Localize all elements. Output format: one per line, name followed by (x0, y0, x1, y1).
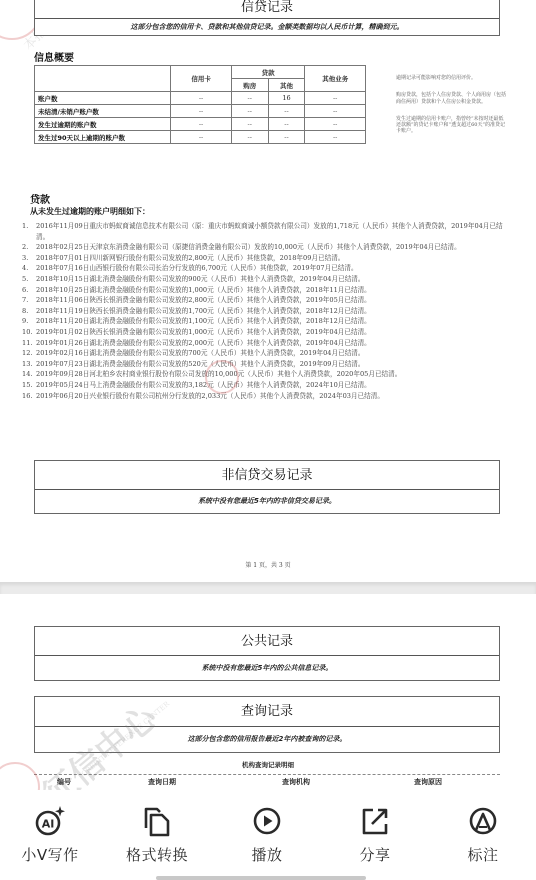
col-credit-card: 信用卡 (171, 66, 232, 92)
list-item: 4.2018年07月16日山西银行股份有限公司长治分行发放的6,700元（人民币… (22, 263, 512, 274)
bottom-toolbar: AI 小V写作 格式转换 播放 分享 标注 (0, 790, 536, 880)
table-row: 账户数 -- -- 16 -- (35, 92, 366, 105)
format-convert-icon (140, 804, 174, 838)
col-loan: 贷款 (231, 66, 305, 79)
list-item: 6.2018年10月25日湖北消费金融股份有限公司发放的1,000元（人民币）其… (22, 285, 512, 296)
share-button[interactable]: 分享 (330, 804, 420, 865)
table-row: 未结清/未销户账户数 -- -- -- -- (35, 105, 366, 118)
list-item: 7.2018年11月06日陕西长银消费金融有限公司发放的2,800元（人民币）其… (22, 295, 512, 306)
col-query-date: 查询日期 (148, 777, 176, 787)
list-item: 15.2019年05月24日马上消费金融股份有限公司发放的3,182元（人民币）… (22, 380, 512, 391)
col-other-business: 其他业务 (305, 66, 366, 92)
credit-records-box: 信贷记录 这部分包含您的信用卡、贷款和其他信贷记录。金额类数据均以人民币计算，精… (34, 0, 500, 36)
public-records-subtitle: 系统中没有您最近5年内的公共信息记录。 (35, 656, 499, 680)
col-query-reason: 查询原因 (414, 777, 442, 787)
col-other: 其他 (268, 79, 305, 92)
annotate-icon (466, 804, 500, 838)
summary-notes: 逾期记录可能影响对您的信用评价。 购房贷款，包括个人住房贷款、个人商用房（包括商… (396, 75, 508, 146)
ai-write-button[interactable]: AI 小V写作 (5, 804, 95, 865)
ai-write-label: 小V写作 (5, 844, 95, 865)
list-item: 8.2018年11月19日陕西长银消费金融有限公司发放的1,700元（人民币）其… (22, 306, 512, 317)
list-item: 13.2019年07月23日湖北消费金融股份有限公司发放的520元（人民币）其他… (22, 359, 512, 370)
note-credit-card: 发生过逾期的信用卡账户，指曾经“未按时还最低还款额”的贷记卡账户和“透支超过60… (396, 116, 508, 135)
summary-table: 信用卡 贷款 其他业务 购房 其他 账户数 -- -- 16 -- 未结清/未销… (34, 65, 366, 144)
list-item: 12.2019年02月16日湖北消费金融股份有限公司发放的700元（人民币）其他… (22, 348, 512, 359)
share-label: 分享 (330, 844, 420, 865)
col-query-org: 查询机构 (282, 777, 310, 787)
share-icon (358, 804, 392, 838)
svg-text:AI: AI (42, 818, 55, 831)
list-item: 14.2019年09月28日河北柏乡农村商业银行股份有限公司发放的10,000元… (22, 369, 512, 380)
page-separator (0, 582, 536, 594)
play-button[interactable]: 播放 (222, 804, 312, 865)
query-detail-title: 机构查询记录明细 (0, 760, 536, 769)
query-records-title: 查询记录 (35, 697, 499, 727)
play-label: 播放 (222, 844, 312, 865)
note-overdue: 逾期记录可能影响对您的信用评价。 (396, 75, 508, 81)
list-item: 16.2019年06月20日兴业银行股份有限公司杭州分行发放的2,033元（人民… (22, 391, 512, 402)
list-item: 2.2018年02月25日天津京东消费金融有限公司（原捷信消费金融有限公司）发放… (22, 242, 512, 253)
credit-records-subtitle: 这部分包含您的信用卡、贷款和其他信贷记录。金额类数据均以人民币计算，精确到元。 (35, 19, 499, 35)
ai-write-icon: AI (33, 804, 67, 838)
format-convert-label: 格式转换 (112, 844, 202, 865)
list-item: 11.2019年01月26日湖北消费金融股份有限公司发放的2,000元（人民币）… (22, 338, 512, 349)
list-item: 5.2018年10月15日湖北消费金融股份有限公司发放的900元（人民币）其他个… (22, 274, 512, 285)
non-credit-title: 非信贷交易记录 (35, 461, 499, 490)
play-icon (250, 804, 284, 838)
annotate-label: 标注 (438, 844, 528, 865)
loan-list: 1.2016年11月09日重庆市蚂蚁商诚信息技术有限公司（原：重庆市蚂蚁商诚小额… (22, 221, 512, 401)
corner-cell (35, 66, 171, 92)
col-number: 编号 (57, 777, 71, 787)
query-records-subtitle: 这部分包含您的信用报告最近2年内被查询的记录。 (35, 727, 499, 752)
list-item: 3.2018年07月01日四川新网银行股份有限公司发放的2,800元（人民币）其… (22, 253, 512, 264)
list-item: 1.2016年11月09日重庆市蚂蚁商诚信息技术有限公司（原：重庆市蚂蚁商诚小额… (22, 221, 512, 242)
loans-subheading: 从未发生过逾期的账户明细如下： (30, 206, 150, 217)
note-housing: 购房贷款，包括个人住房贷款、个人商用房（包括商住两用）贷款和个人住房公积金贷款。 (396, 92, 508, 105)
format-convert-button[interactable]: 格式转换 (112, 804, 202, 865)
table-row: 发生过90天以上逾期的账户数 -- -- -- -- (35, 131, 366, 144)
non-credit-box: 非信贷交易记录 系统中没有您最近5年内的非信贷交易记录。 (34, 460, 500, 514)
list-item: 10.2019年01月02日陕西长银消费金融有限公司发放的1,000元（人民币）… (22, 327, 512, 338)
dashed-divider (34, 774, 500, 775)
non-credit-subtitle: 系统中没有您最近5年内的非信贷交易记录。 (35, 490, 499, 513)
page-number: 第 1 页，共 3 页 (0, 560, 536, 569)
home-indicator[interactable] (156, 876, 366, 880)
report-page-2: 公共记录 系统中没有您最近5年内的公共信息记录。 查询记录 这部分包含您的信用报… (0, 594, 536, 790)
table-row: 发生过逾期的账户数 -- -- -- -- (35, 118, 366, 131)
public-records-box: 公共记录 系统中没有您最近5年内的公共信息记录。 (34, 626, 500, 681)
public-records-title: 公共记录 (35, 627, 499, 656)
col-housing: 购房 (231, 79, 268, 92)
loans-heading: 贷款 (30, 191, 50, 206)
query-records-box: 查询记录 这部分包含您的信用报告最近2年内被查询的记录。 (34, 696, 500, 753)
summary-heading: 信息概要 (34, 49, 74, 64)
report-page-1: 本报告仅供了解自己的信用状况使用 信贷记录 这部分包含您的信用卡、贷款和其他信贷… (0, 0, 536, 582)
annotate-button[interactable]: 标注 (438, 804, 528, 865)
credit-records-title: 信贷记录 (35, 0, 499, 19)
list-item: 9.2018年11月20日湖北消费金融股份有限公司发放的1,100元（人民币）其… (22, 316, 512, 327)
